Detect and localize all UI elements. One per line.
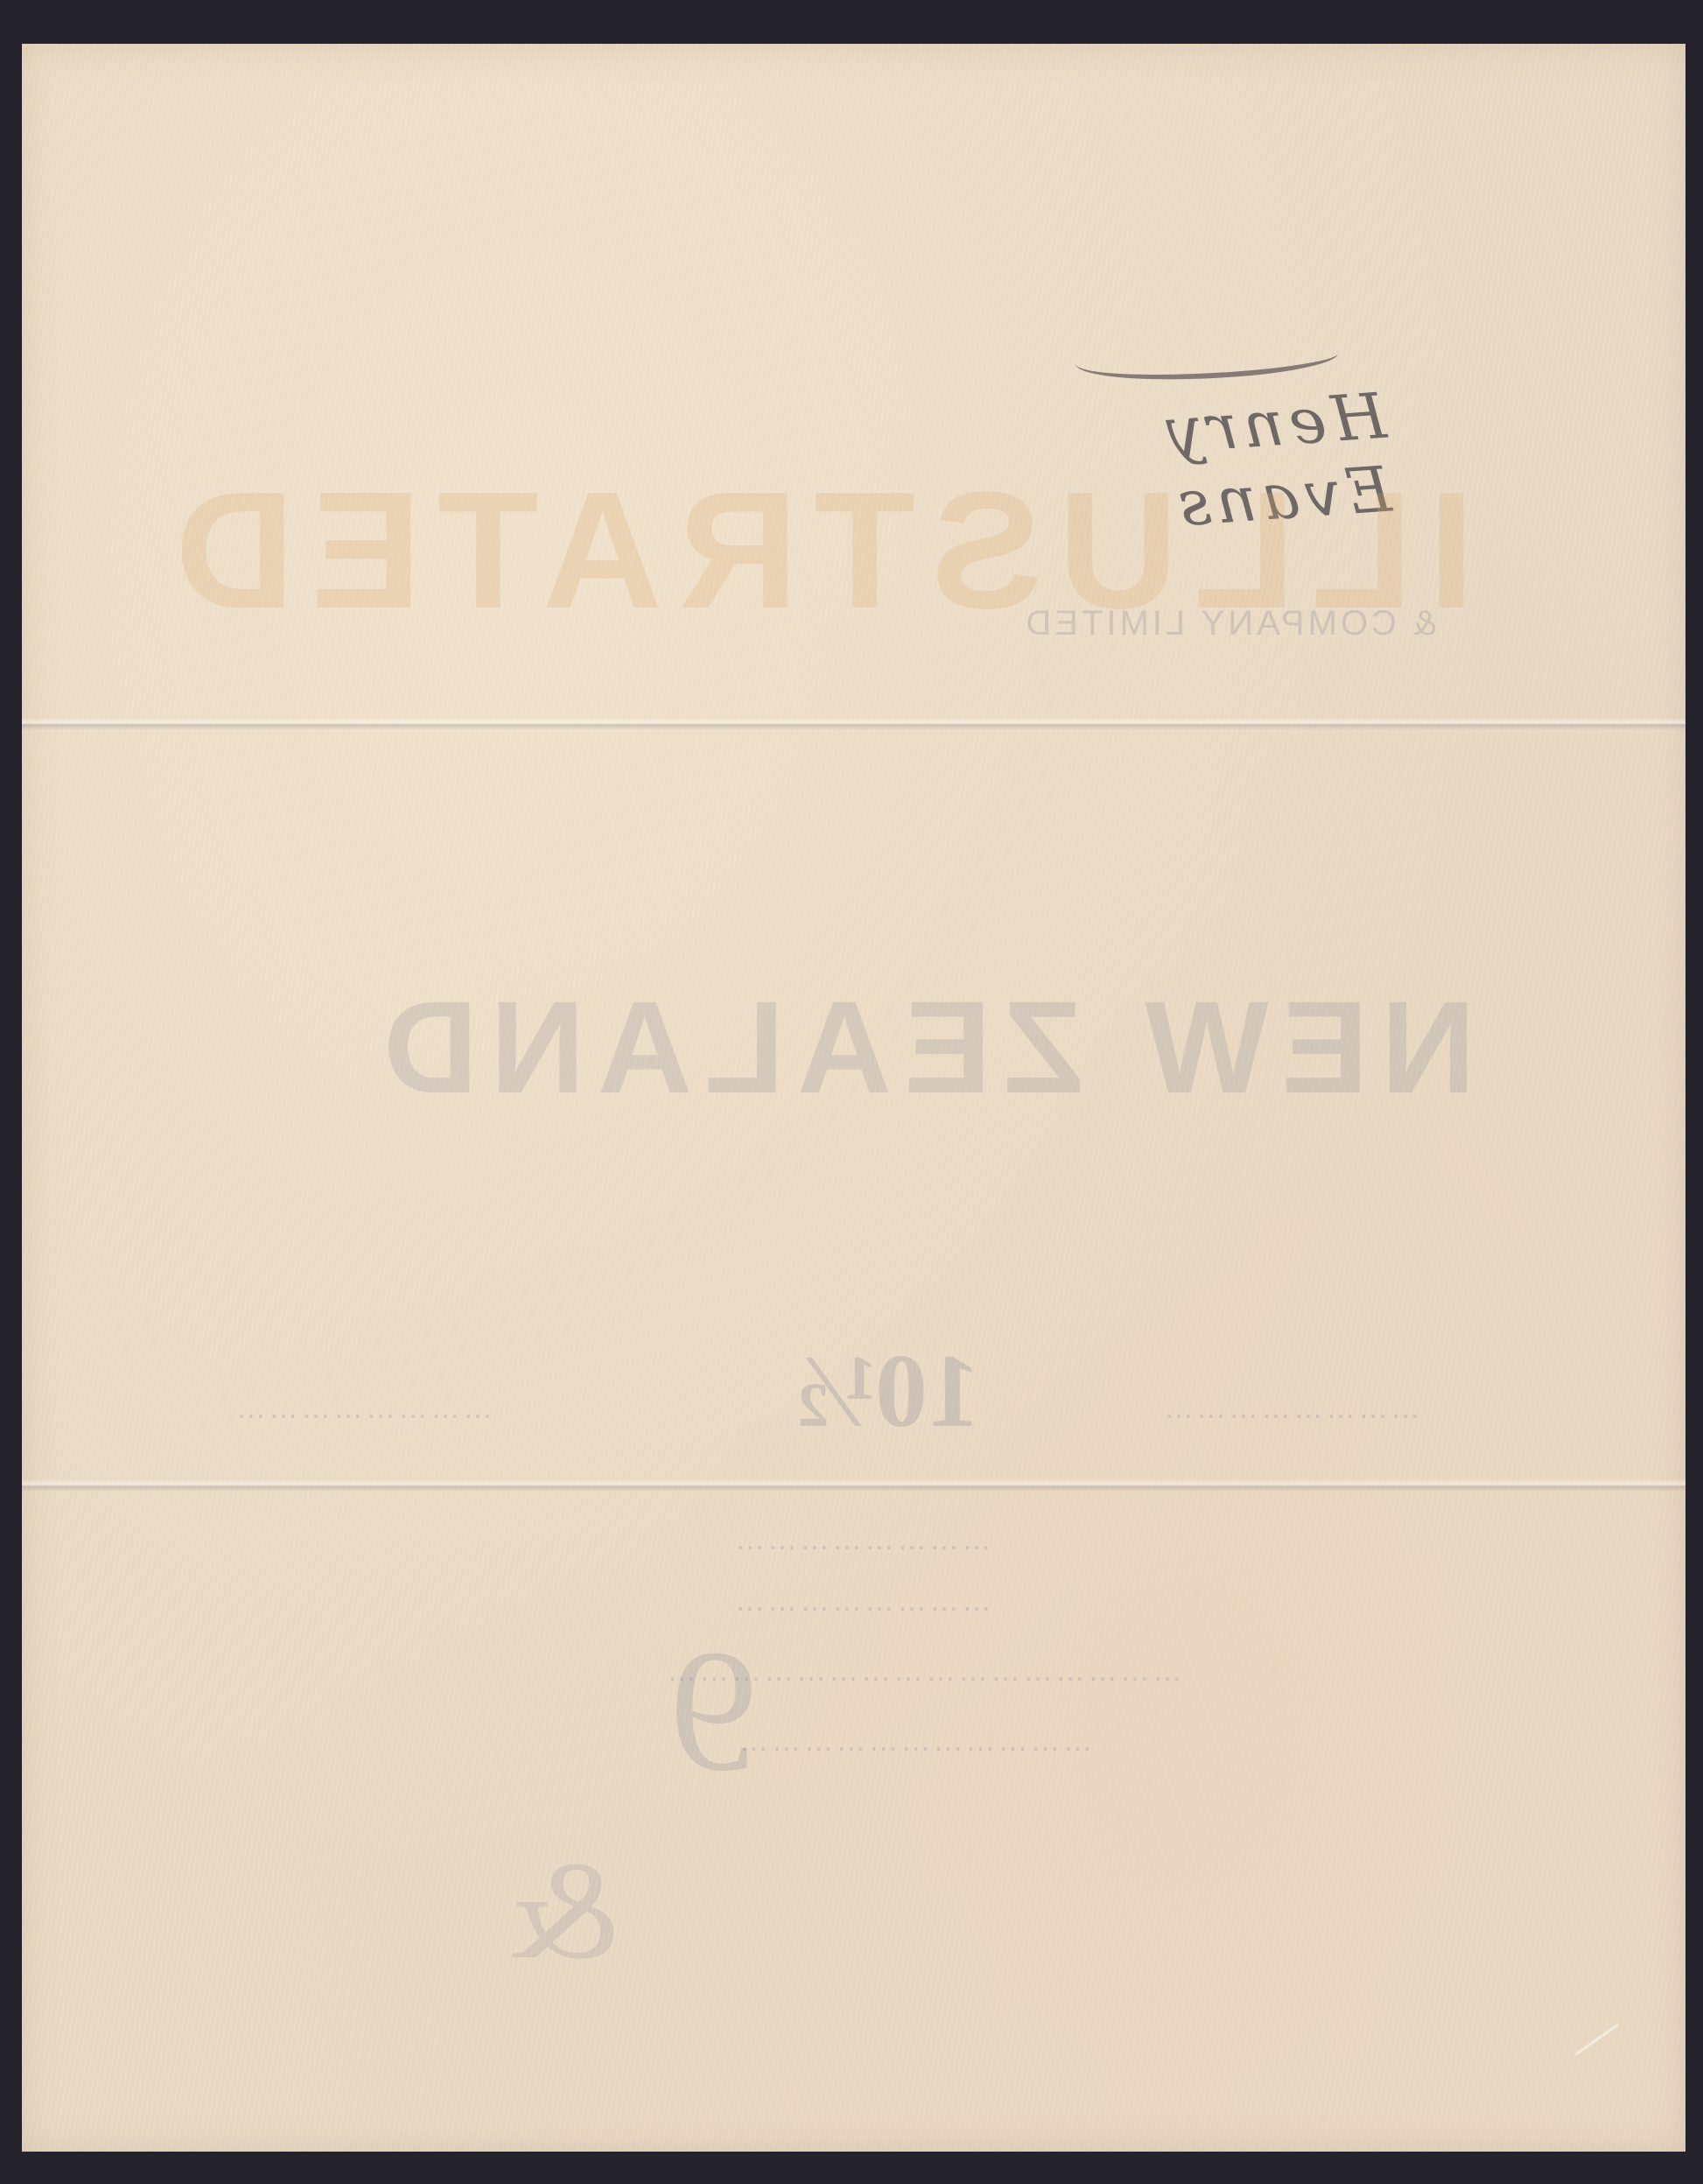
bleed-line: ……………………	[547, 1523, 1177, 1557]
bleed-line: ……………………	[1116, 1392, 1466, 1426]
bleed-country-heading: NEW ZEALAND	[302, 972, 1545, 1123]
bleed-company-line: & COMPANY LIMITED	[915, 604, 1545, 643]
bleed-line: ……………………	[197, 1392, 529, 1426]
bleed-price: 10½	[774, 1331, 1002, 1451]
inscription-underline-swash	[1075, 329, 1339, 388]
fold-crease-upper	[22, 718, 1685, 730]
bleed-amount-glyph: 9	[599, 1611, 827, 1811]
bleed-line: …………………………………………	[354, 1654, 1492, 1689]
paper-sheet: Henry Evans ILLUSTRATED & COMPANY LIMITE…	[22, 44, 1685, 2152]
fold-crease-lower	[22, 1479, 1685, 1492]
bleed-stamp-glyph: &	[477, 1829, 652, 1991]
paper-crease-mark	[1574, 2024, 1639, 2085]
